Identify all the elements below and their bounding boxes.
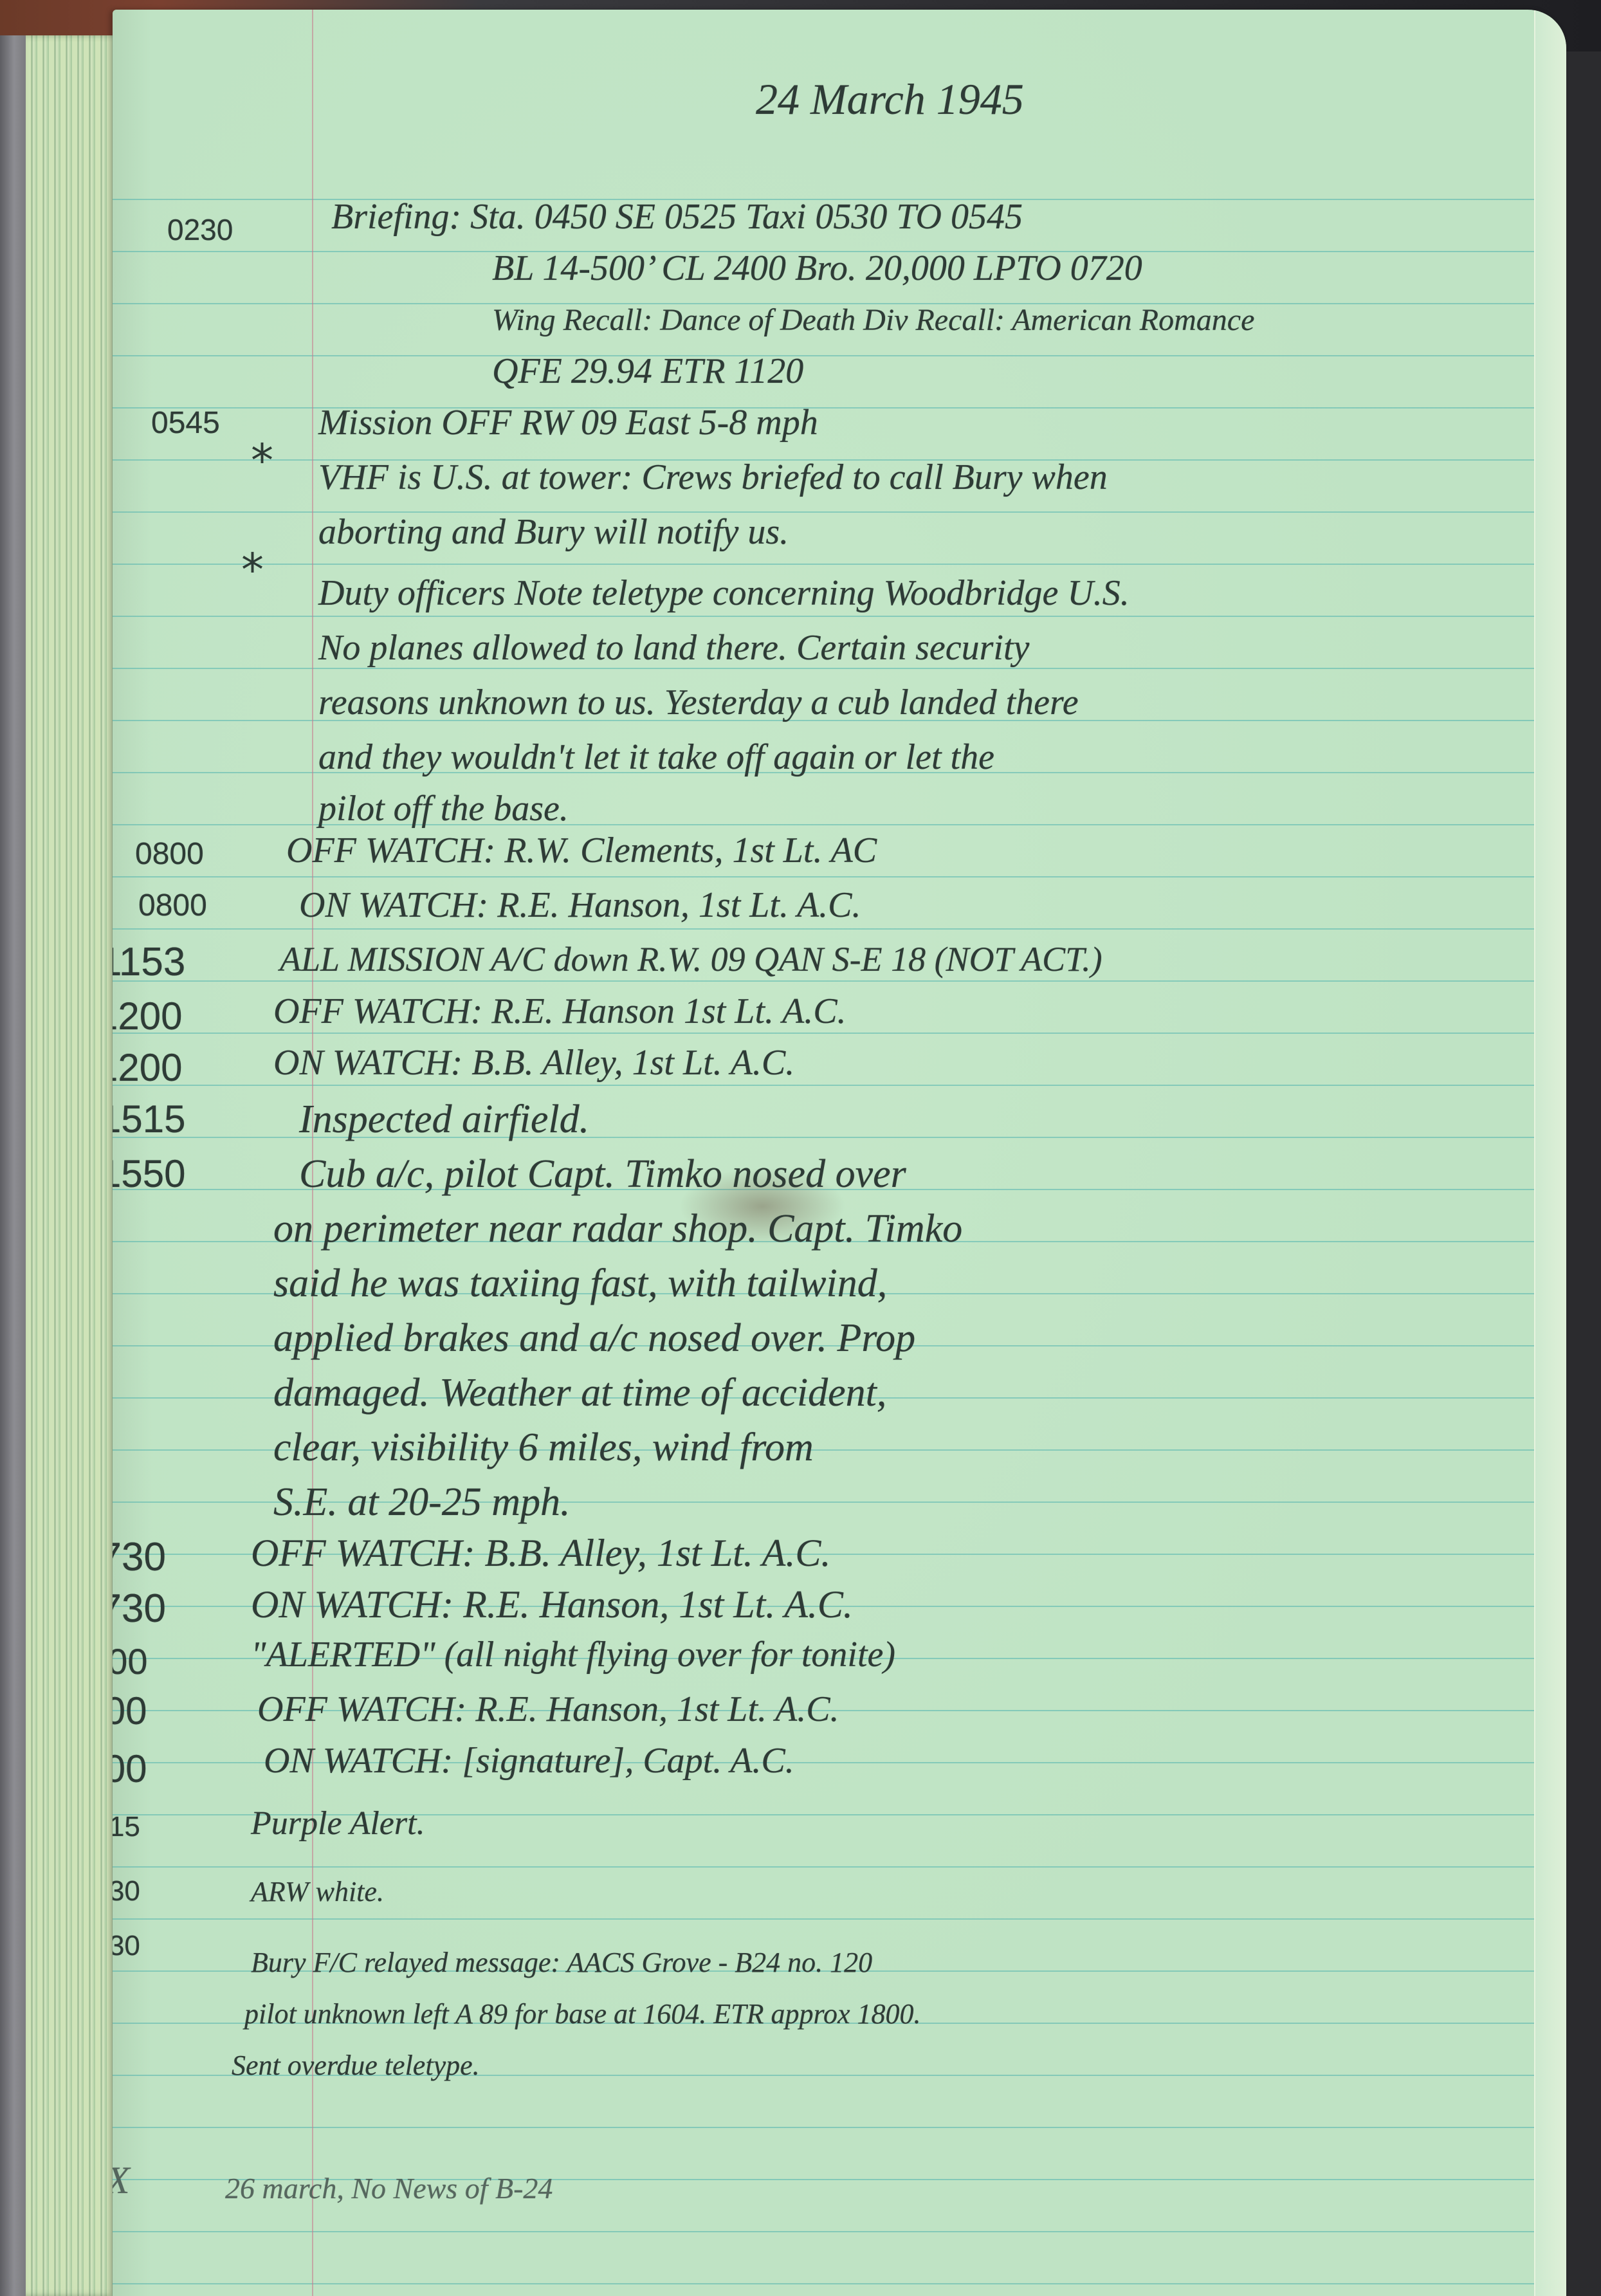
entry-line: damaged. Weather at time of accident, (273, 1370, 886, 1416)
entry-line: aborting and Bury will notify us. (318, 511, 789, 553)
entry-line: applied brakes and a/c nosed over. Prop (273, 1316, 915, 1361)
entry-time: 1200 (113, 994, 182, 1038)
entry-time: 1515 (113, 1097, 185, 1141)
entry-line: QFE 29.94 ETR 1120 (492, 351, 803, 392)
asterisk-marker-icon: * (241, 544, 264, 596)
page-gutter-edge (1534, 10, 1566, 2296)
entry-time: 2000 (113, 1640, 148, 1682)
x-marker-icon: X (113, 2158, 130, 2203)
entry-time: 0800 (138, 888, 207, 923)
entry-line: Cub a/c, pilot Capt. Timko nosed over (299, 1152, 906, 1197)
entry-time: 2300 (113, 1689, 147, 1733)
entry-line: "ALERTED" (all night flying over for ton… (251, 1634, 895, 1675)
entry-line: clear, visibility 6 miles, wind from (273, 1425, 814, 1471)
entry-line: OFF WATCH: R.E. Hanson, 1st Lt. A.C. (257, 1689, 839, 1730)
page-date-heading: 24 March 1945 (756, 74, 1024, 125)
entry-time: 2315 (113, 1811, 140, 1843)
entry-time: 1730 (113, 1586, 166, 1631)
entry-line: Mission OFF RW 09 East 5-8 mph (318, 402, 818, 443)
entry-line: ON WATCH: R.E. Hanson, 1st Lt. A.C. (251, 1583, 853, 1627)
entry-line: S.E. at 20-25 mph. (273, 1480, 571, 1525)
entry-line: Purple Alert. (251, 1805, 425, 1842)
entry-line: Wing Recall: Dance of Death Div Recall: … (492, 302, 1254, 338)
entry-time: 2330 (113, 1930, 140, 1962)
entry-line: Duty officers Note teletype concerning W… (318, 573, 1130, 614)
entry-line: ON WATCH: [signature], Capt. A.C. (264, 1740, 794, 1781)
entry-line: and they wouldn't let it take off again … (318, 737, 994, 778)
entry-line: ARW white. (251, 1875, 384, 1908)
entry-line: pilot off the base. (318, 788, 569, 829)
entry-line: said he was taxiing fast, with tailwind, (273, 1261, 887, 1307)
entry-line: Sent overdue teletype. (232, 2049, 480, 2082)
entry-line: VHF is U.S. at tower: Crews briefed to c… (318, 457, 1108, 498)
entry-time: 1730 (113, 1534, 166, 1580)
entry-line: Bury F/C relayed message: AACS Grove - B… (251, 1946, 872, 1979)
entry-line: ALL MISSION A/C down R.W. 09 QAN S-E 18 … (280, 939, 1102, 979)
entry-line: ON WATCH: B.B. Alley, 1st Lt. A.C. (273, 1042, 794, 1083)
entry-line: reasons unknown to us. Yesterday a cub l… (318, 682, 1079, 723)
entry-time: 1550 (113, 1152, 185, 1196)
entry-line: on perimeter near radar shop. Capt. Timk… (273, 1206, 962, 1252)
log-page: 24 March 1945 0230 Briefing: Sta. 0450 S… (113, 10, 1566, 2296)
entry-line: OFF WATCH: R.E. Hanson 1st Lt. A.C. (273, 991, 846, 1032)
entry-time: 2330 (113, 1875, 140, 1907)
entry-line: OFF WATCH: R.W. Clements, 1st Lt. AC (286, 830, 877, 871)
entry-line: No planes allowed to land there. Certain… (318, 627, 1029, 668)
asterisk-marker-icon: * (251, 434, 273, 487)
entry-line: Inspected airfield. (299, 1097, 589, 1143)
entry-line: ON WATCH: R.E. Hanson, 1st Lt. A.C. (299, 885, 861, 926)
entry-time: 1200 (113, 1045, 182, 1090)
entry-time: 0230 (167, 212, 233, 247)
entry-line: 26 march, No News of B-24 (225, 2171, 553, 2205)
entry-time: 2300 (113, 1747, 147, 1791)
entry-time: 0545 (151, 405, 220, 441)
entry-time: 0800 (135, 836, 204, 872)
entry-line: pilot unknown left A 89 for base at 1604… (244, 1998, 921, 2030)
entry-line: Briefing: Sta. 0450 SE 0525 Taxi 0530 TO… (331, 196, 1023, 237)
entry-line: OFF WATCH: B.B. Alley, 1st Lt. A.C. (251, 1531, 830, 1575)
entry-time: 1153 (113, 939, 185, 985)
entry-line: BL 14-500’ CL 2400 Bro. 20,000 LPTO 0720 (492, 248, 1142, 289)
